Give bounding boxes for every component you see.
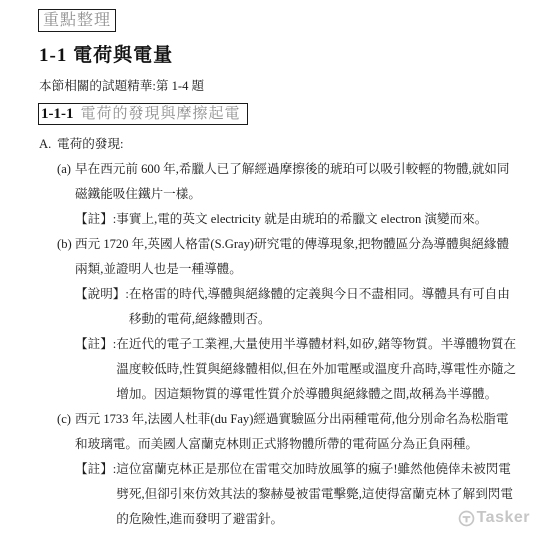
tasker-watermark: Tasker xyxy=(458,509,530,527)
list-item-a: (a) 早在西元前 600 年,希臘人已了解經過摩擦後的琥珀可以吸引較輕的物體,… xyxy=(57,157,519,232)
note-label: 【註】: xyxy=(75,457,116,532)
item-marker: (a) xyxy=(57,157,75,232)
key-points-badge: 重點整理 xyxy=(38,9,116,32)
item-content: 早在西元前 600 年,希臘人已了解經過摩擦後的琥珀可以吸引較輕的物體,就如同磁… xyxy=(75,157,519,232)
item-content: 西元 1720 年,英國人格雷(S.Gray)研究電的傳導現象,把物體區分為導體… xyxy=(75,232,519,407)
note-text: 在近代的電子工業裡,大量使用半導體材料,如矽,鍺等物質。半導體物質在溫度較低時,… xyxy=(116,332,519,407)
note: 【註】: 在近代的電子工業裡,大量使用半導體材料,如矽,鍺等物質。半導體物質在溫… xyxy=(75,332,519,407)
list-item-c: (c) 西元 1733 年,法國人杜菲(du Fay)經過實驗區分出兩種電荷,他… xyxy=(57,407,519,532)
subsection-title: 電荷的發現與摩擦起電 xyxy=(81,106,241,122)
item-content: 西元 1733 年,法國人杜菲(du Fay)經過實驗區分出兩種電荷,他分別命名… xyxy=(75,407,519,532)
note-text: 在格雷的時代,導體與絕緣體的定義與今日不盡相同。導體具有可自由移動的電荷,絕緣體… xyxy=(129,282,519,332)
note-label: 【註】: xyxy=(75,207,116,232)
list-heading: A. 電荷的發現: xyxy=(39,137,537,152)
tasker-logo-icon xyxy=(458,510,475,527)
note: 【註】: 事實上,電的英文 electricity 就是由琥珀的希臘文 elec… xyxy=(75,207,519,232)
note-label: 【註】: xyxy=(75,332,116,407)
item-list: (a) 早在西元前 600 年,希臘人已了解經過摩擦後的琥珀可以吸引較輕的物體,… xyxy=(57,157,519,532)
item-text: 早在西元前 600 年,希臘人已了解經過摩擦後的琥珀可以吸引較輕的物體,就如同磁… xyxy=(75,157,519,207)
section-heading: 1-1 電荷與電量 xyxy=(39,45,537,67)
item-marker: (c) xyxy=(57,407,75,532)
item-text: 西元 1720 年,英國人格雷(S.Gray)研究電的傳導現象,把物體區分為導體… xyxy=(75,232,519,282)
list-heading-title: 電荷的發現: xyxy=(57,137,123,152)
note-label: 【說明】: xyxy=(75,282,129,332)
subsection-number: 1-1-1 xyxy=(41,106,74,122)
watermark-text: Tasker xyxy=(477,509,530,527)
note-text: 事實上,電的英文 electricity 就是由琥珀的希臘文 electron … xyxy=(116,207,519,232)
note: 【註】: 這位富蘭克林正是那位在雷電交加時放風箏的瘋子!雖然他僥倖未被閃電劈死,… xyxy=(75,457,519,532)
related-questions-note: 本節相關的試題精華:第 1-4 題 xyxy=(39,79,537,94)
item-text: 西元 1733 年,法國人杜菲(du Fay)經過實驗區分出兩種電荷,他分別命名… xyxy=(75,407,519,457)
item-marker: (b) xyxy=(57,232,75,407)
note: 【說明】: 在格雷的時代,導體與絕緣體的定義與今日不盡相同。導體具有可自由移動的… xyxy=(75,282,519,332)
list-item-b: (b) 西元 1720 年,英國人格雷(S.Gray)研究電的傳導現象,把物體區… xyxy=(57,232,519,407)
list-heading-label: A. xyxy=(39,137,57,152)
subsection-title-box: 1-1-1電荷的發現與摩擦起電 xyxy=(38,103,248,125)
